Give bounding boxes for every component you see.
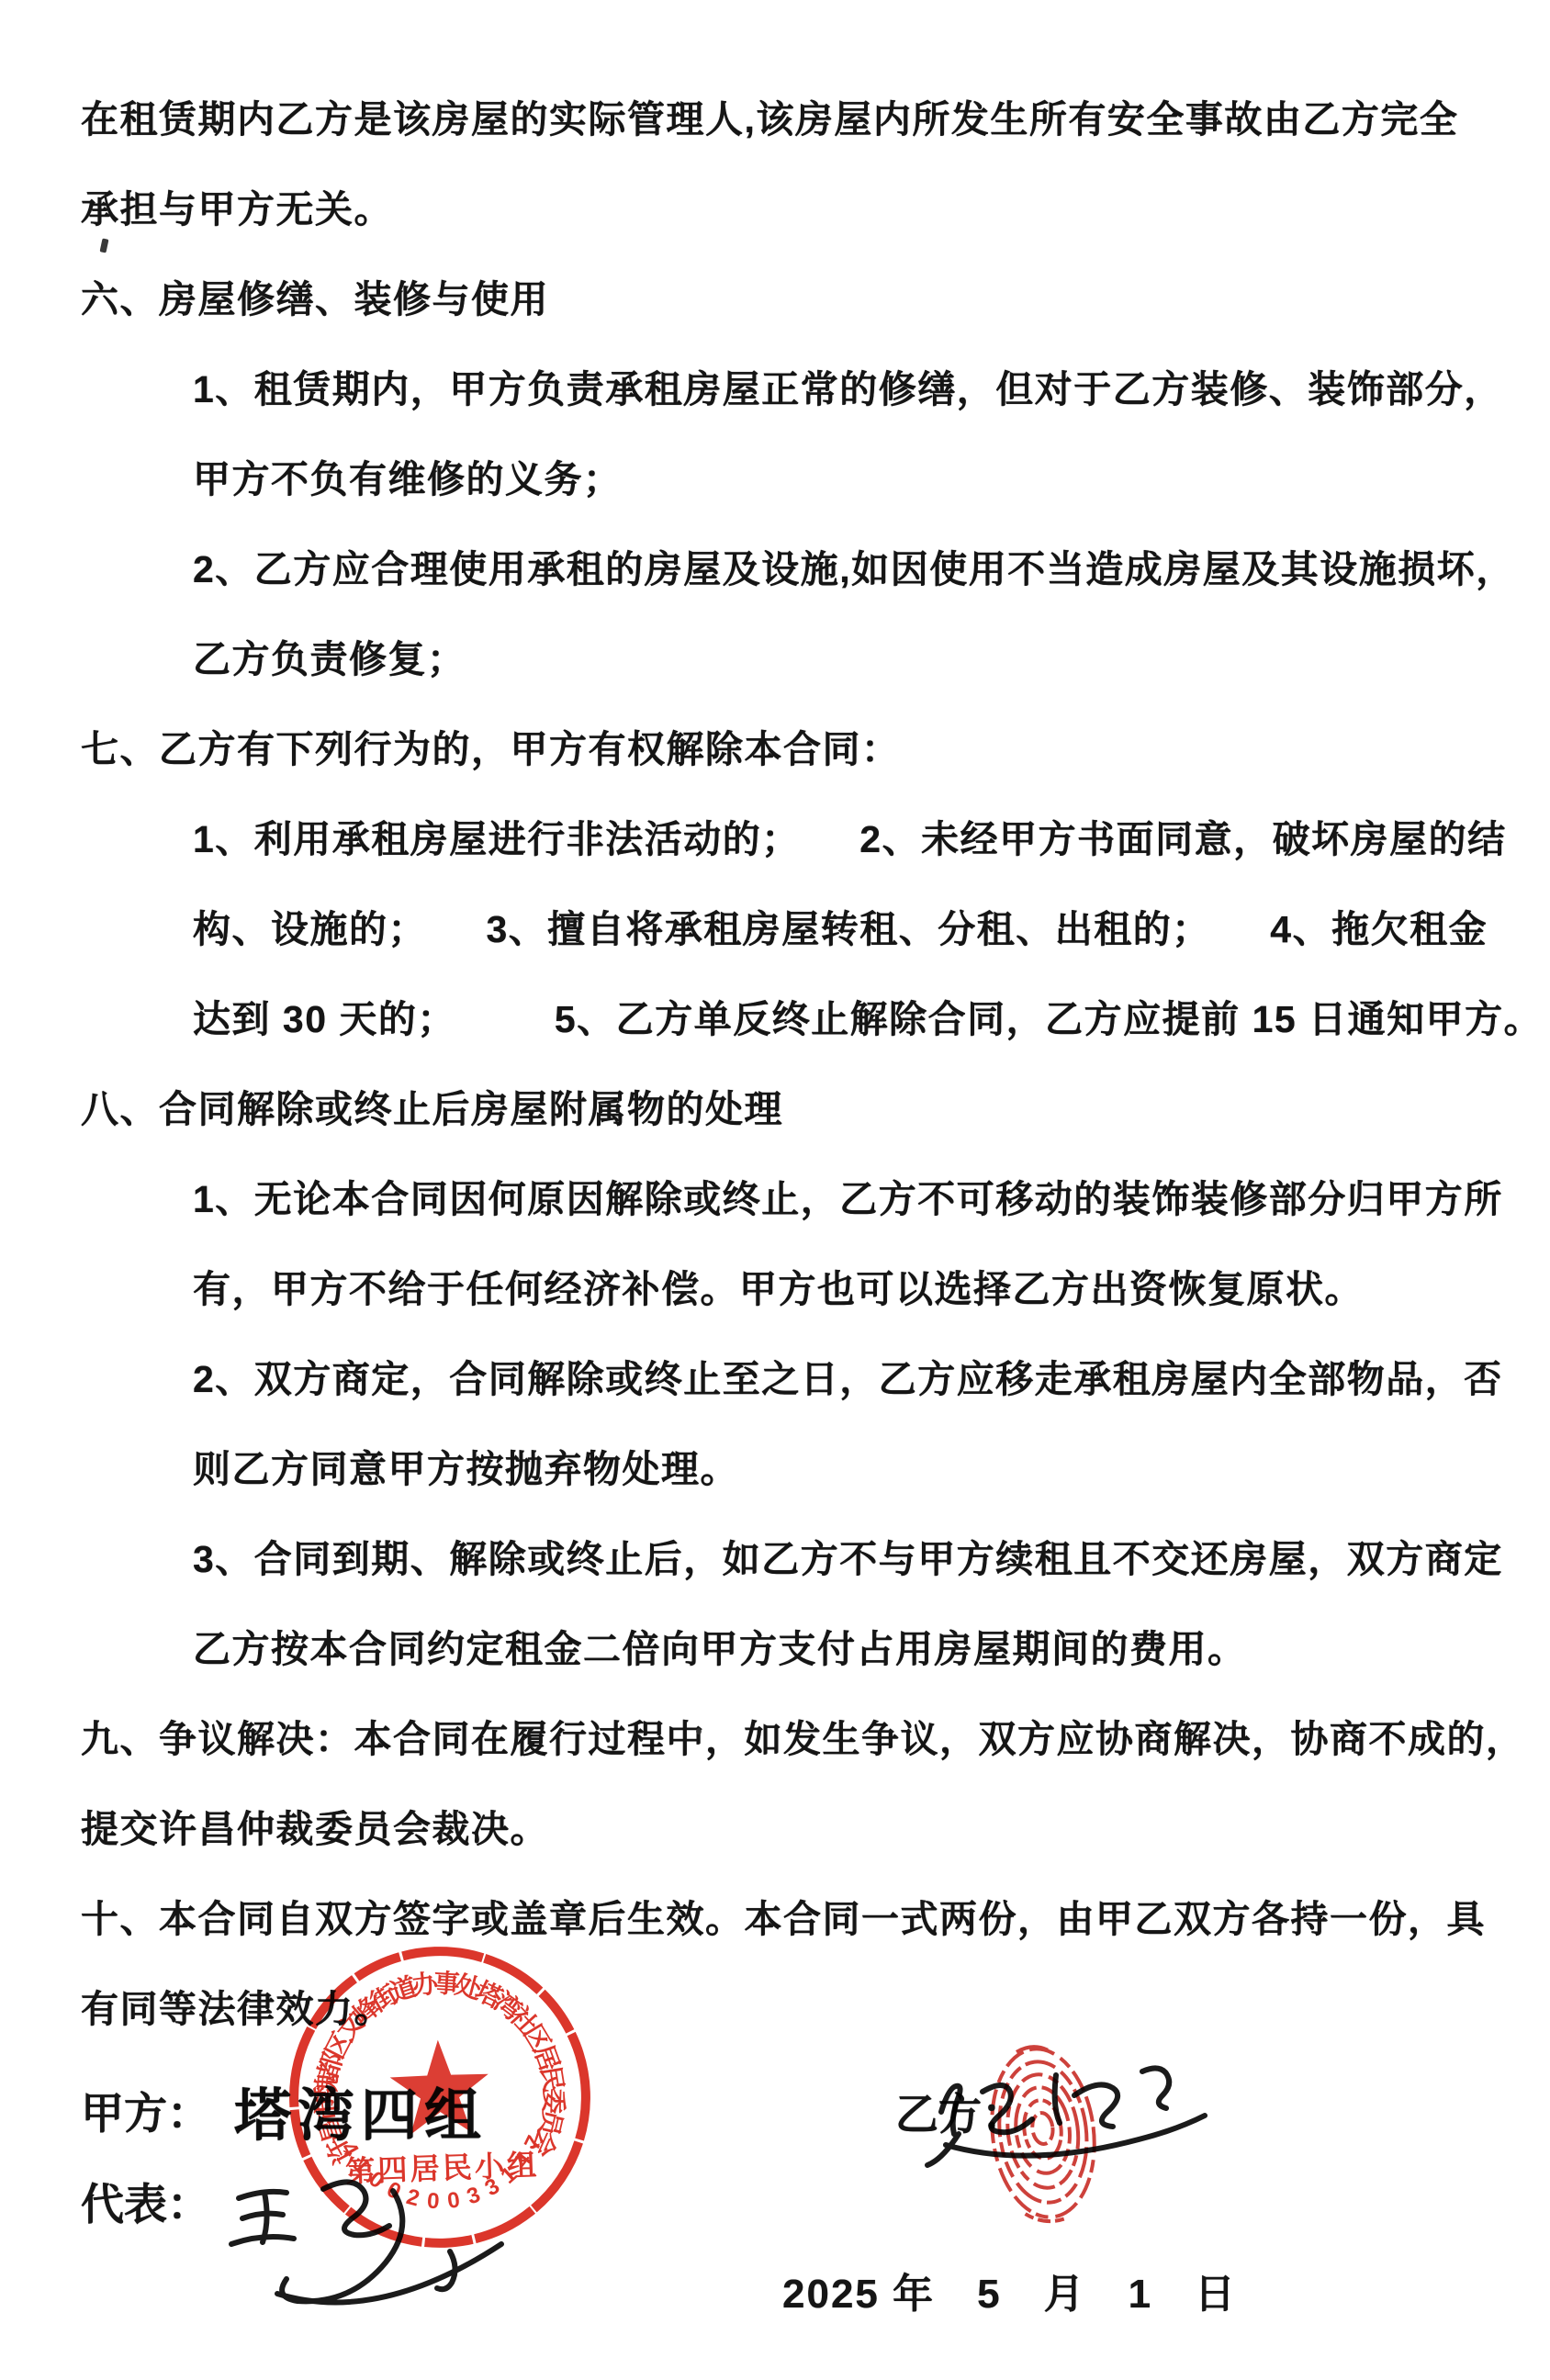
text-line: 乙方按本合同约定租金二倍向甲方支付占用房屋期间的费用。 <box>81 1604 1486 1694</box>
text-line: 七、乙方有下列行为的，甲方有权解除本合同： <box>81 704 1486 794</box>
text-line: 八、合同解除或终止后房屋附属物的处理 <box>81 1064 1486 1154</box>
text-line: 有，甲方不给于任何经济补偿。甲方也可以选择乙方出资恢复原状。 <box>81 1244 1486 1334</box>
text-line: 在租赁期内乙方是该房屋的实际管理人,该房屋内所发生所有安全事故由乙方完全 <box>81 74 1486 164</box>
text-line: 2、乙方应合理使用承租的房屋及设施,如因使用不当造成房屋及其设施损坏， <box>81 524 1486 614</box>
text-line: 构、设施的； 3、擅自将承租房屋转租、分租、出租的； 4、拖欠租金 <box>81 884 1486 974</box>
text-line: 甲方不负有维修的义务； <box>81 434 1486 524</box>
text-line: 则乙方同意甲方按抛弃物处理。 <box>81 1424 1486 1514</box>
text-line: 3、合同到期、解除或终止后，如乙方不与甲方续租且不交还房屋，双方商定 <box>81 1514 1486 1604</box>
text-line: 九、争议解决：本合同在履行过程中，如发生争议，双方应协商解决，协商不成的， <box>81 1694 1486 1784</box>
text-line: 乙方负责修复； <box>81 614 1486 704</box>
text-line: 2、双方商定，合同解除或终止至之日，乙方应移走承租房屋内全部物品，否 <box>81 1334 1486 1424</box>
text-line: 1、租赁期内，甲方负责承租房屋正常的修缮，但对于乙方装修、装饰部分， <box>81 344 1486 434</box>
party-a-label: 甲方： <box>81 2080 210 2141</box>
party-b-signature <box>918 2057 1249 2195</box>
contract-body: 在租赁期内乙方是该房屋的实际管理人,该房屋内所发生所有安全事故由乙方完全承担与甲… <box>81 74 1486 2054</box>
scan-artifact <box>696 1728 702 1734</box>
contract-date: 2025 年 5 月 1 日 <box>782 2261 1237 2319</box>
text-line: 1、无论本合同因何原因解除或终止，乙方不可移动的装饰装修部分归甲方所 <box>81 1154 1486 1244</box>
text-line: 达到 30 天的； 5、乙方单反终止解除合同，乙方应提前 15 日通知甲方。 <box>81 974 1486 1064</box>
text-line: 1、利用承租房屋进行非法活动的； 2、未经甲方书面同意，破坏房屋的结 <box>81 794 1486 884</box>
representative-label: 代表： <box>81 2171 210 2232</box>
text-line: 六、房屋修缮、装修与使用 <box>81 254 1486 344</box>
text-line: 承担与甲方无关。 <box>81 164 1486 254</box>
stamp-star-icon <box>388 2038 490 2136</box>
text-line: 提交许昌仲裁委员会裁决。 <box>81 1784 1486 1874</box>
representative-signature <box>213 2163 544 2329</box>
contract-page: 在租赁期内乙方是该房屋的实际管理人,该房屋内所发生所有安全事故由乙方完全承担与甲… <box>0 0 1550 2380</box>
